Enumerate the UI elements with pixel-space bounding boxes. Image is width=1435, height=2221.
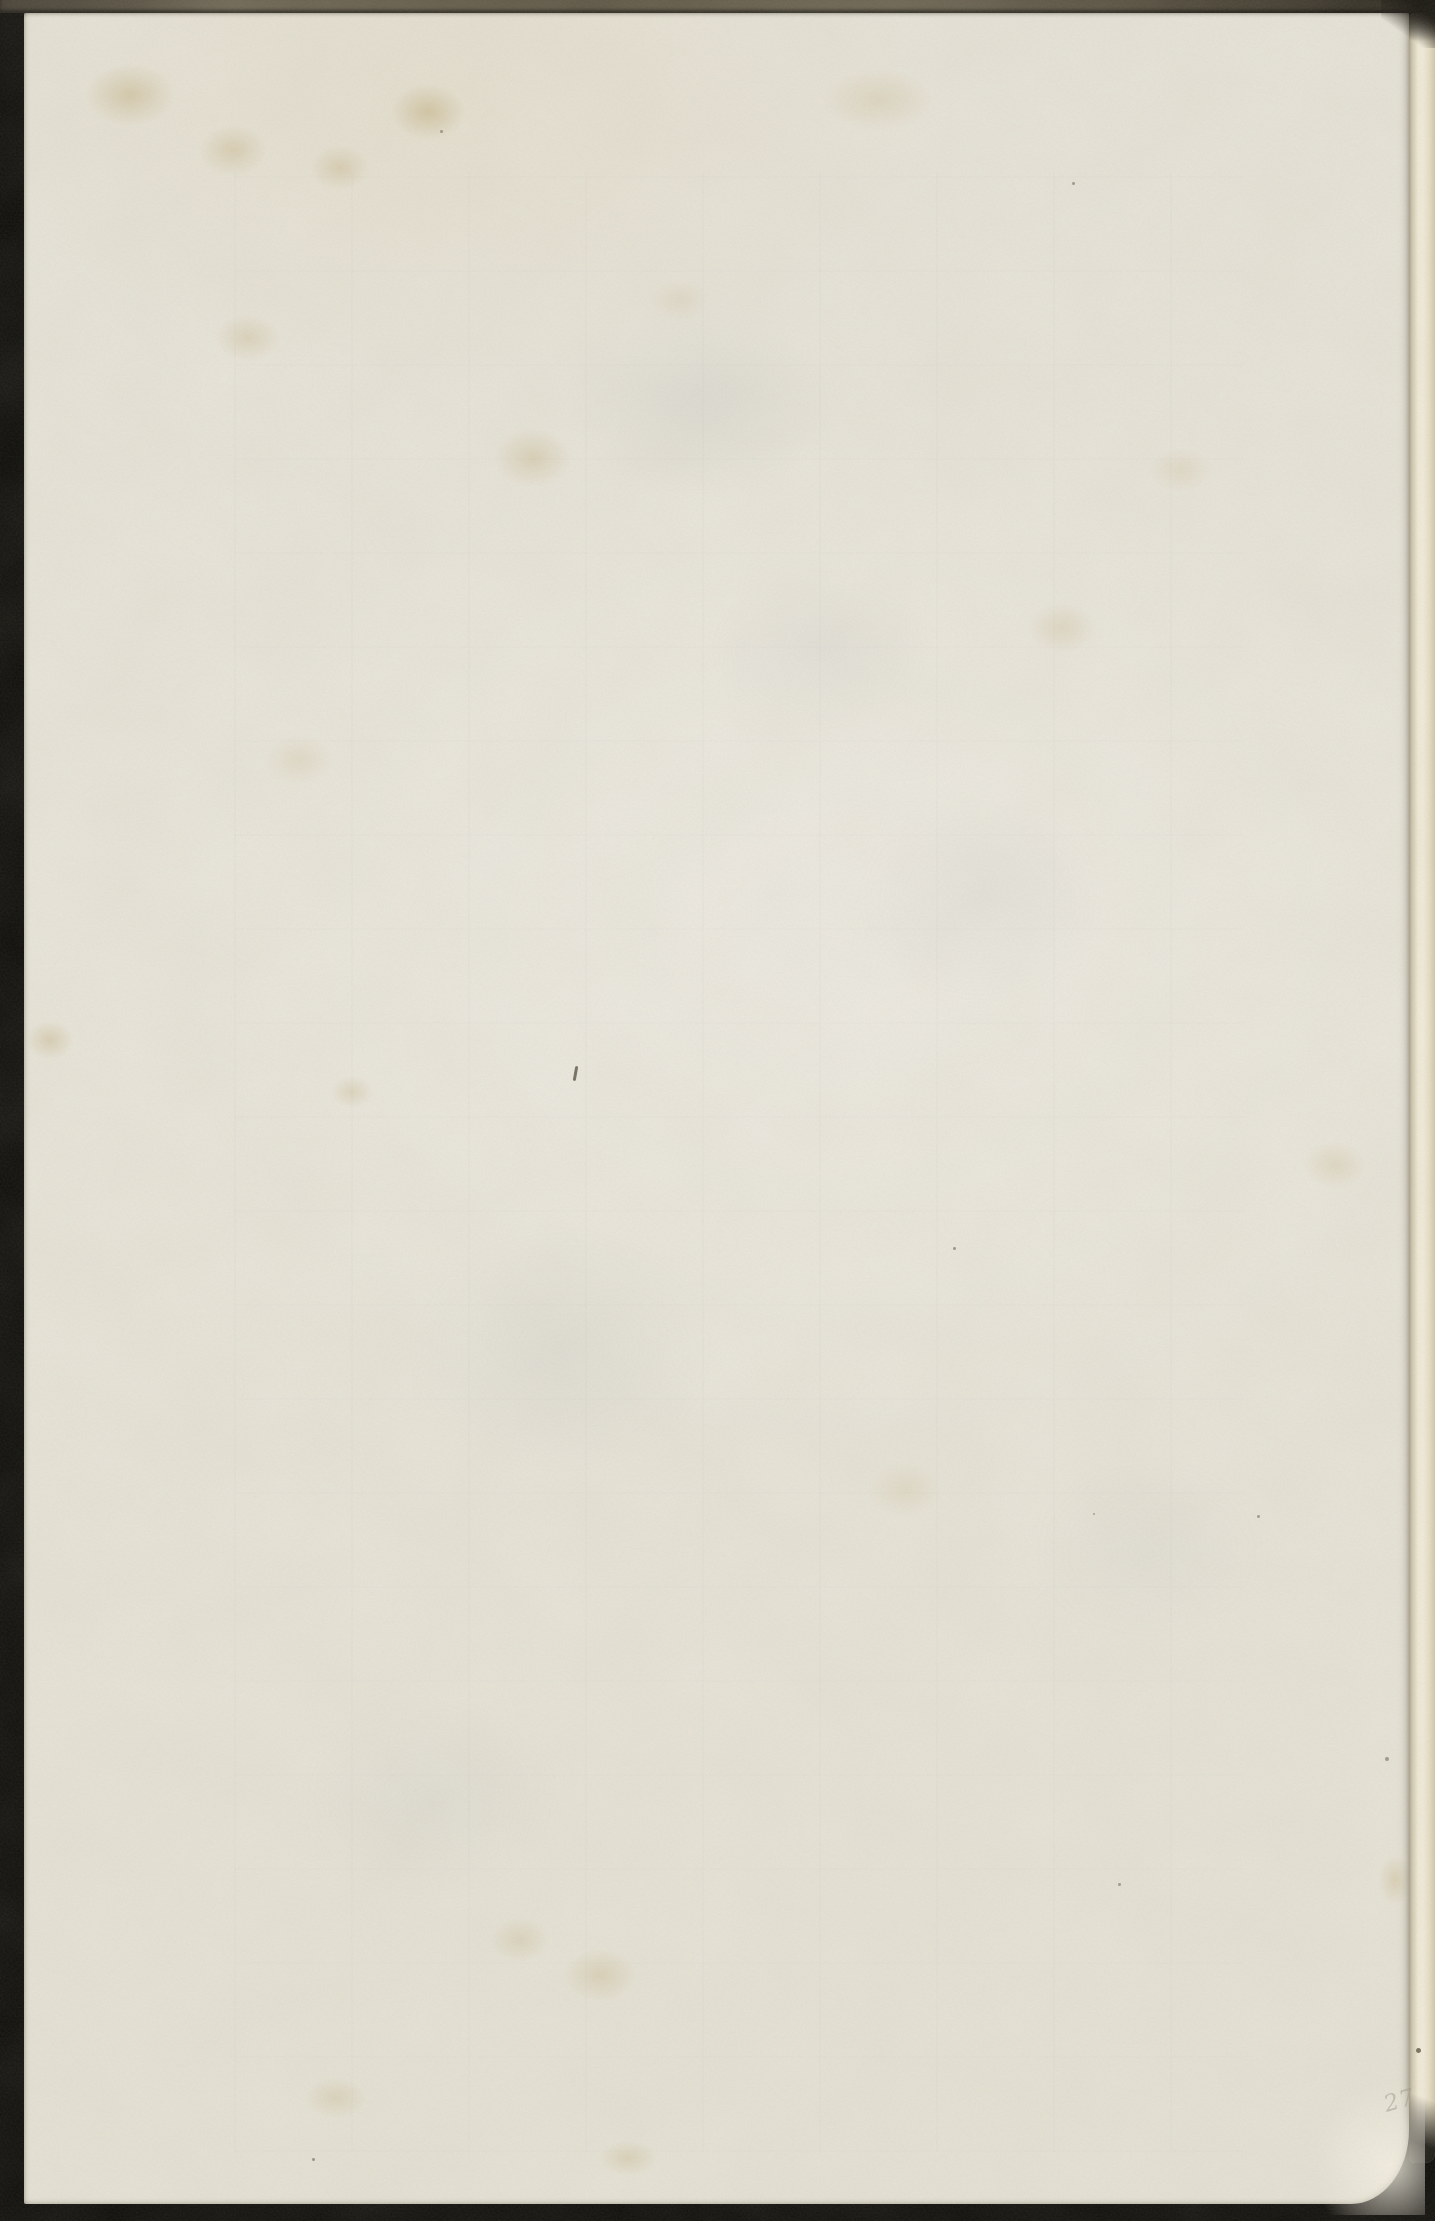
stain [803, 58, 953, 142]
blank-page [24, 12, 1409, 2204]
stain [294, 2070, 378, 2126]
mottle [670, 540, 970, 760]
mottle [510, 270, 890, 530]
stain [1293, 1133, 1377, 1197]
top-right-corner-shadow [1381, 0, 1435, 48]
fore-edge-pages [1409, 13, 1435, 2163]
stain [254, 726, 346, 794]
stain [204, 306, 292, 370]
stain [1016, 594, 1108, 662]
mottle [990, 1420, 1310, 1680]
mottle [350, 1180, 770, 1520]
book-scan: 27 [0, 0, 1435, 2221]
book-cover-top-edge [0, 0, 1435, 13]
stain [1373, 1846, 1409, 1914]
stain [480, 1910, 560, 1970]
stain [855, 1452, 955, 1528]
mottle [250, 1660, 610, 1940]
stain [324, 1070, 380, 1114]
mottle [810, 760, 1150, 1040]
stain [378, 74, 478, 150]
stain [70, 53, 190, 137]
stain [300, 138, 380, 198]
show-through-ruling [234, 172, 1244, 2152]
stain [481, 418, 585, 498]
stain [187, 116, 279, 184]
stain [1138, 440, 1222, 500]
stain [640, 272, 720, 328]
stain [24, 1014, 82, 1066]
stain [550, 1939, 650, 2011]
stain [588, 2134, 668, 2182]
